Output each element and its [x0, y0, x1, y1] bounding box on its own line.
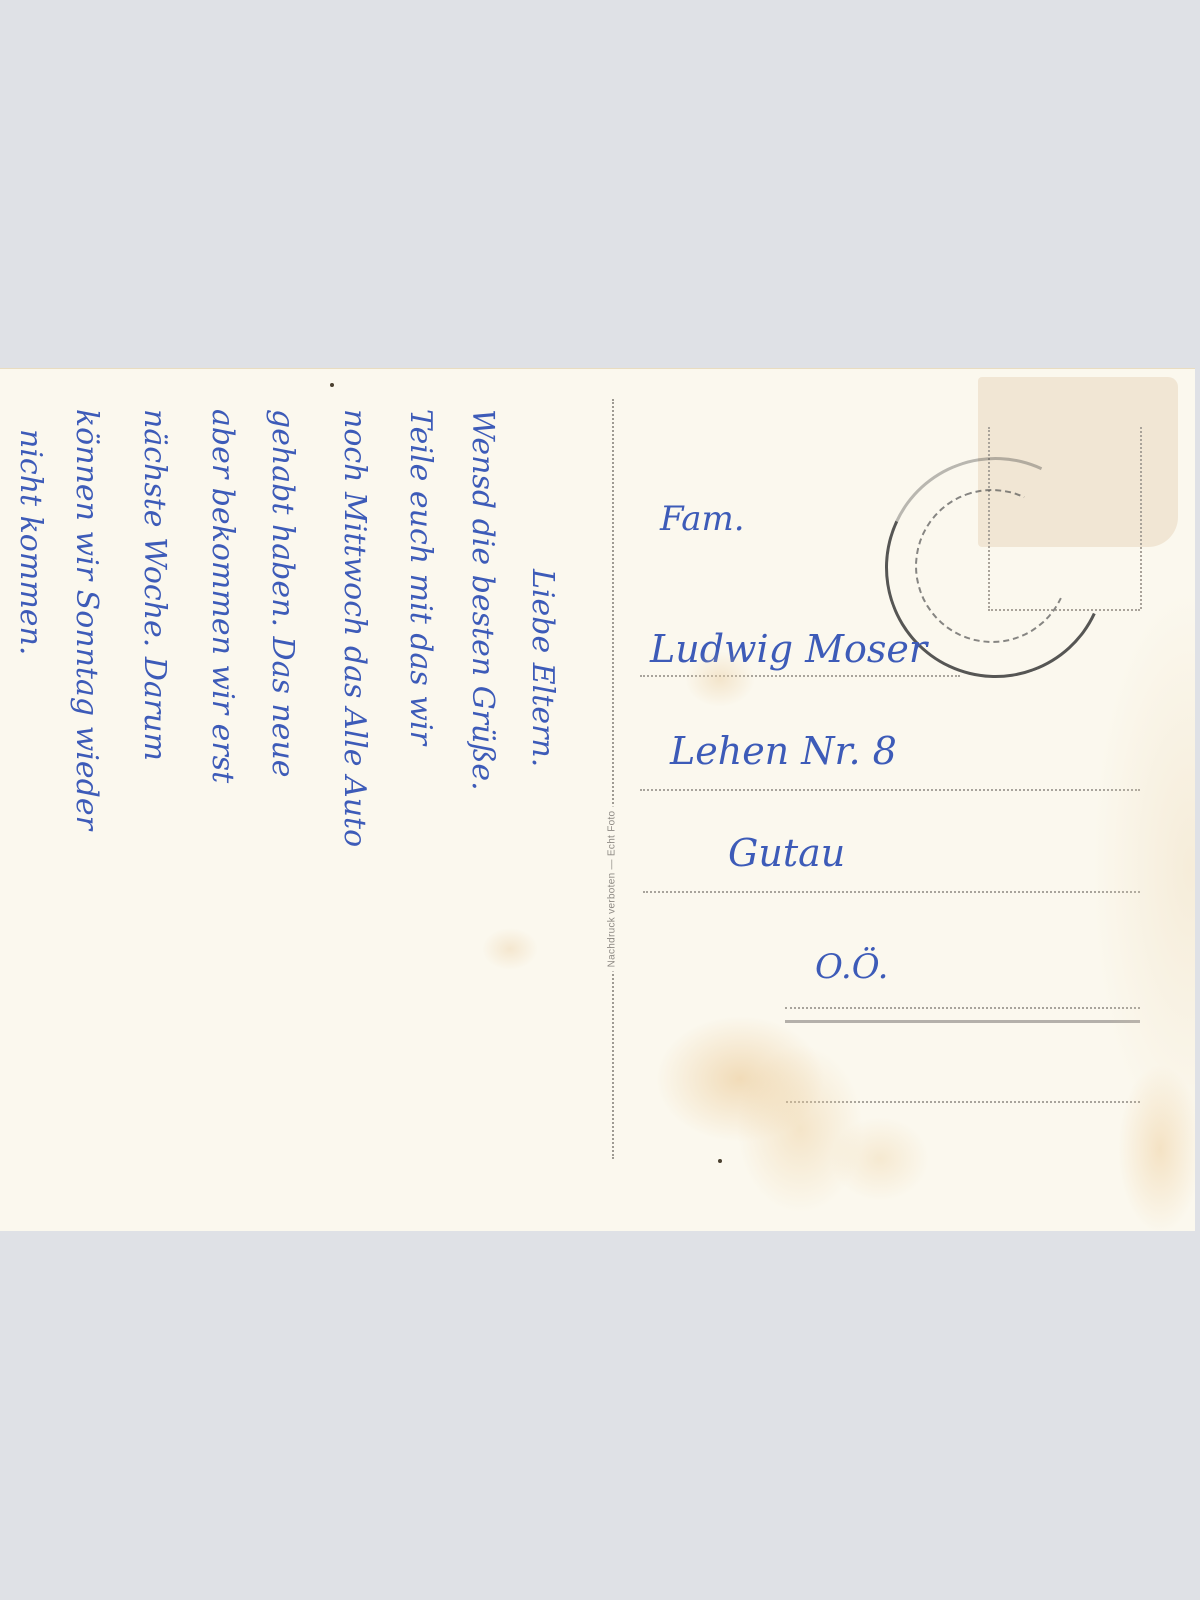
address-underline [785, 1020, 1140, 1023]
message-line-4: noch Mittwoch das Alle Auto [337, 409, 372, 847]
message-line-5: gehabt haben. Das neue [265, 409, 300, 778]
imprint-label: Nachdruck verboten — Echt Foto [607, 807, 618, 972]
address-salutation: Fam. [660, 499, 745, 539]
address-line-2 [640, 789, 1140, 791]
postcard-back: Nachdruck verboten — Echt Foto Fam. Ludw… [0, 368, 1195, 1231]
address-line-1 [640, 675, 960, 677]
message-line-3: Teile euch mit das wir [403, 409, 438, 745]
address-region: O.Ö. [815, 947, 888, 987]
address-town: Gutau [728, 831, 845, 875]
message-line-9: nicht kommen. [13, 429, 48, 655]
address-line-3 [643, 891, 1140, 893]
message-line-7: nächste Woche. Darum [137, 409, 172, 761]
message-line-8: können wir Sonntag wieder [69, 409, 104, 830]
center-divider-line [612, 399, 614, 1159]
ink-speck [330, 383, 334, 387]
ink-speck [718, 1159, 722, 1163]
message-line-6: aber bekommen wir erst [205, 409, 240, 783]
message-line-2: Wensd die besten Grüße. [465, 409, 500, 791]
address-name: Ludwig Moser [650, 627, 927, 671]
address-line-5 [786, 1101, 1140, 1103]
address-line-4 [785, 1007, 1140, 1009]
address-street: Lehen Nr. 8 [670, 729, 897, 773]
message-line-1: Liebe Eltern. [525, 569, 560, 767]
